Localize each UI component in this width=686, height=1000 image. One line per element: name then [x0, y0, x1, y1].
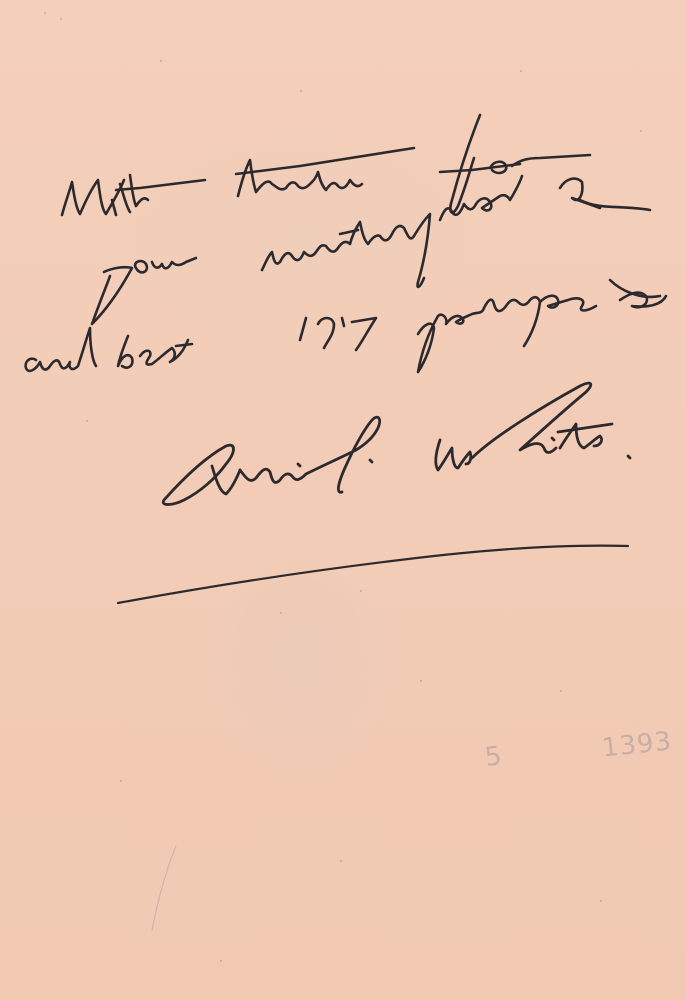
paper-speck	[340, 860, 342, 862]
paper-speck	[360, 590, 362, 592]
paper-speck	[560, 690, 562, 692]
stray-pencil-line	[152, 846, 176, 930]
handwritten-line-and-best-1917-greetings	[26, 280, 666, 372]
paper-speck	[300, 90, 302, 92]
underline-stroke	[118, 546, 628, 603]
paper-speck	[600, 900, 602, 902]
signature-strokes	[163, 383, 630, 504]
inscription-page: With thanks for your interesting work an…	[0, 0, 686, 1000]
paper-speck	[160, 60, 162, 62]
paper-speck	[86, 420, 88, 422]
paper-speck	[60, 18, 62, 20]
paper-speck	[120, 780, 122, 782]
paper-speck	[44, 12, 46, 14]
handwriting-strokes	[0, 0, 686, 1000]
paper-speck	[220, 960, 222, 962]
paper-speck	[520, 70, 522, 72]
paper-speck	[420, 680, 422, 682]
paper-speck	[280, 612, 282, 614]
paper-speck	[640, 130, 642, 132]
